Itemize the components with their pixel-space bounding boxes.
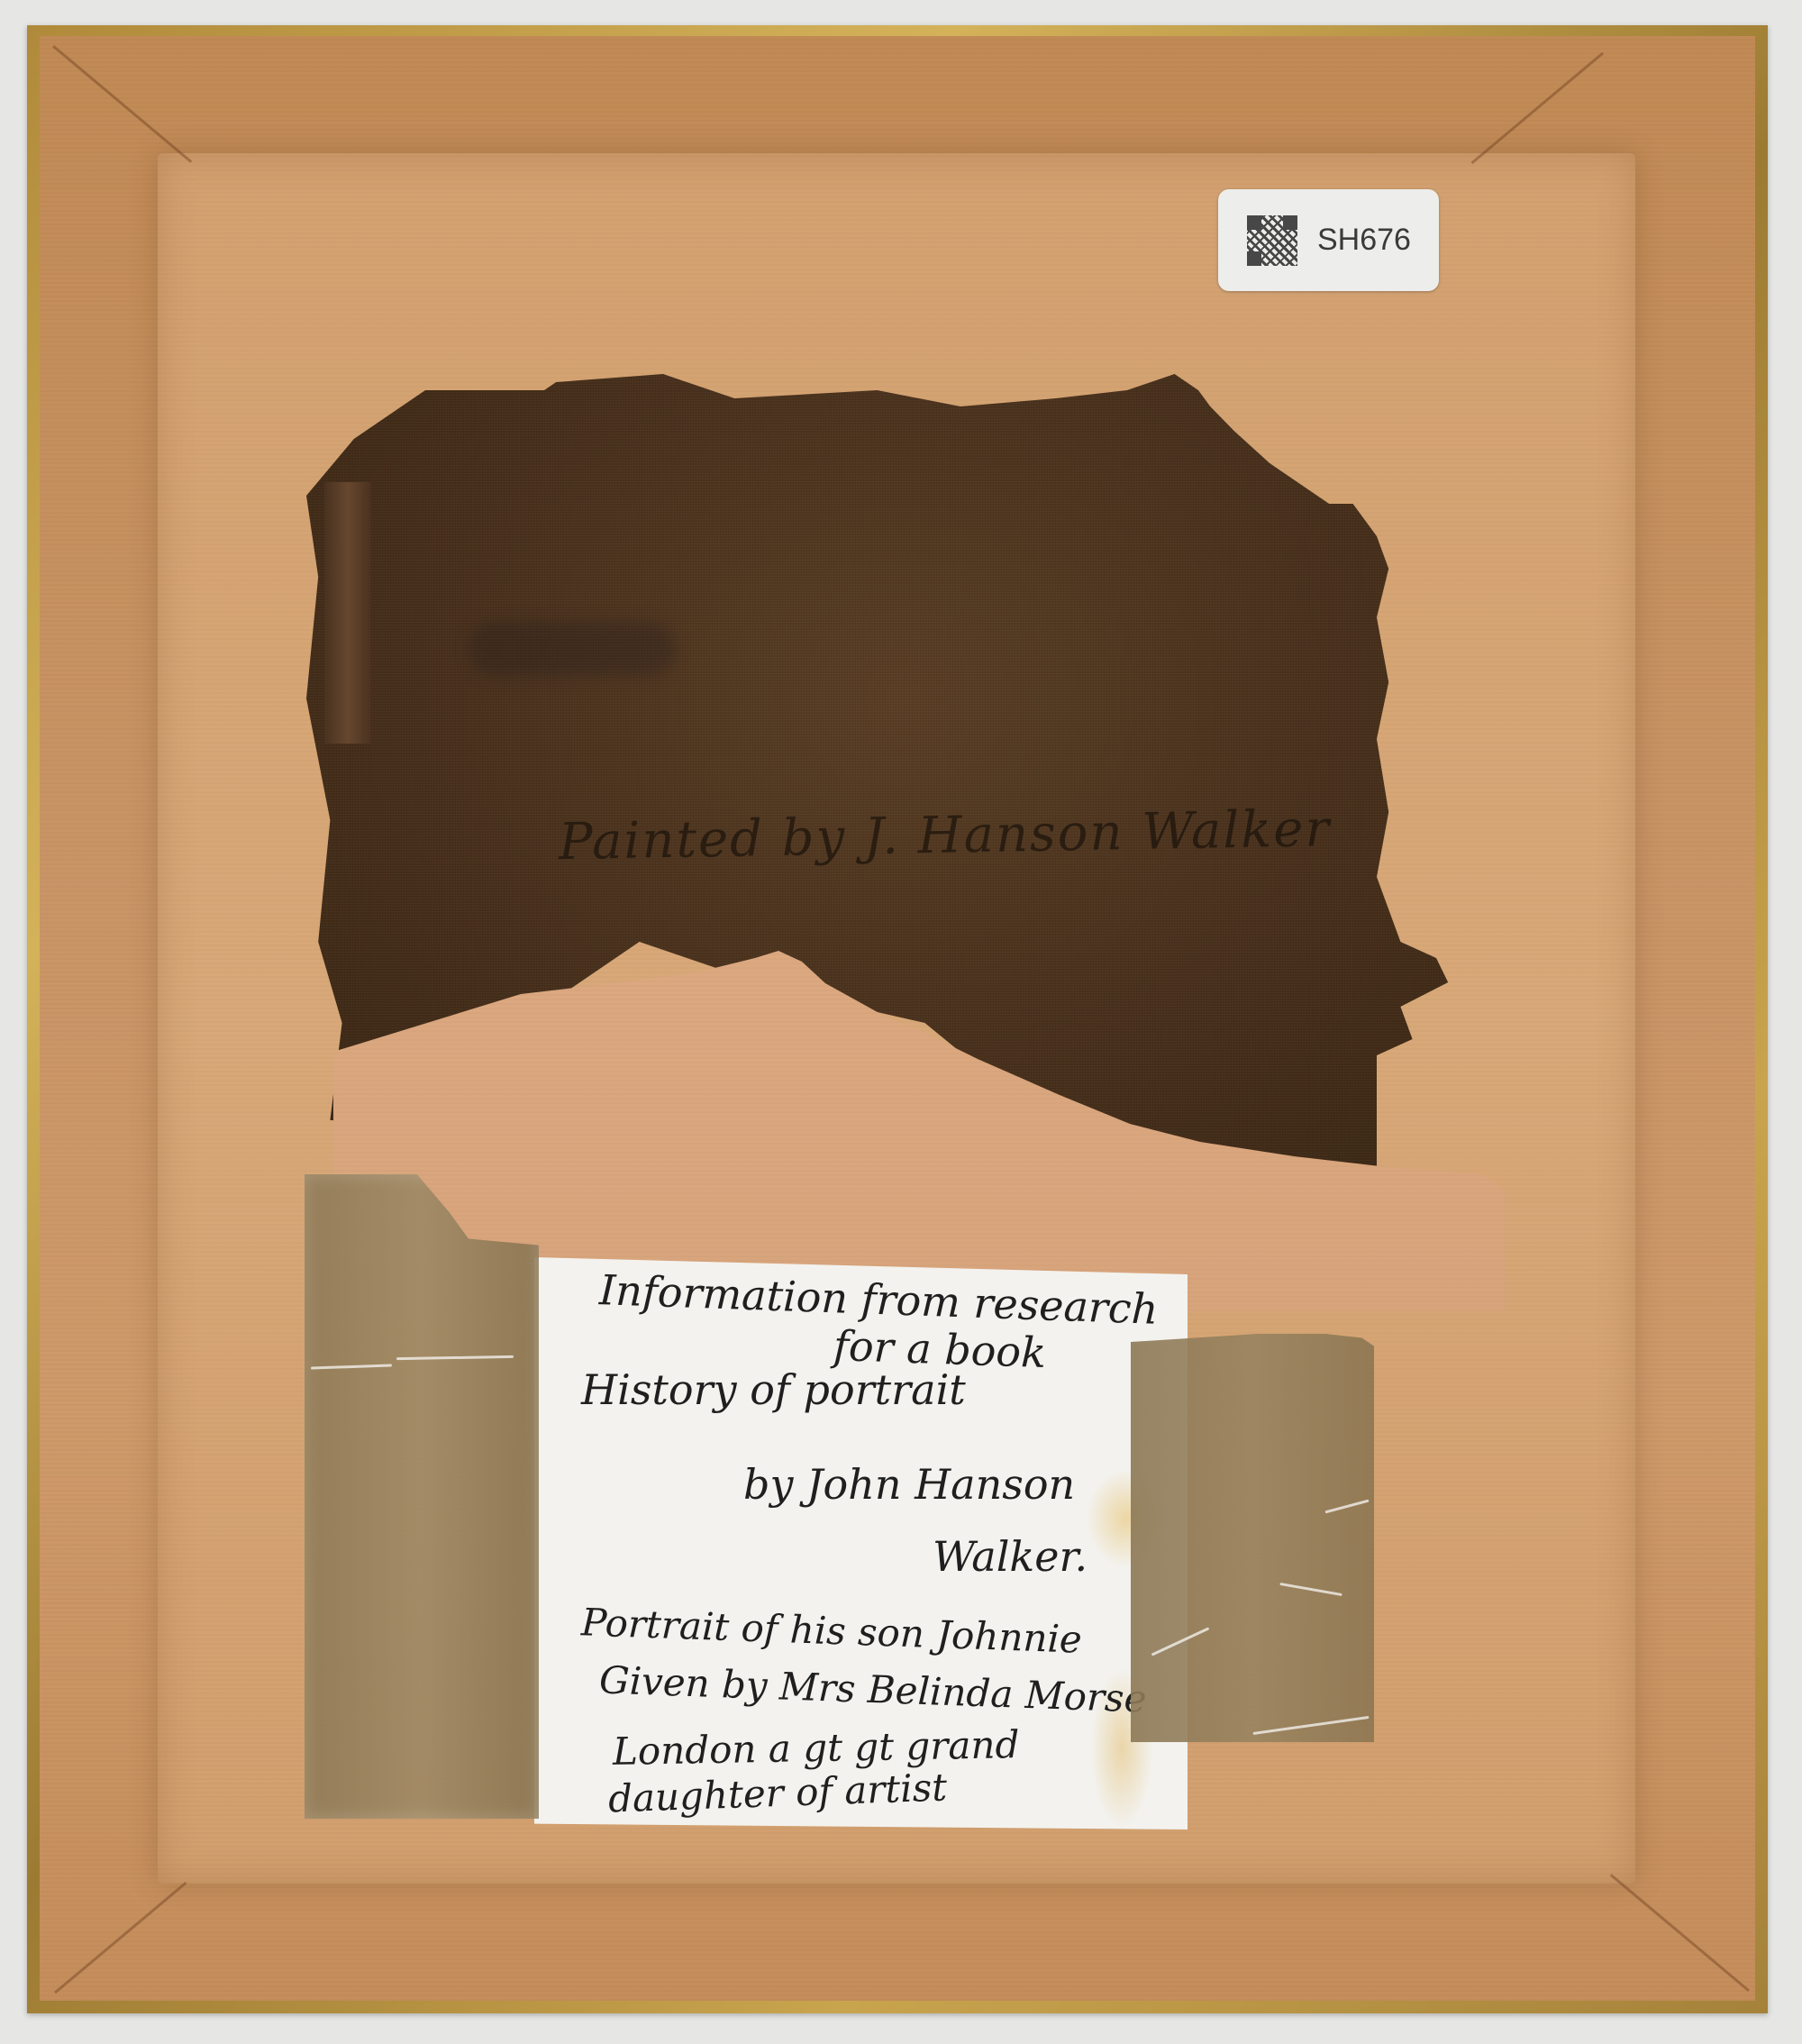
canvas-inscription: Painted by J. Hanson Walker (558, 800, 1297, 885)
canvas-smudge (469, 622, 676, 676)
card-line: by John Hanson (743, 1460, 1075, 1509)
card-line: London a gt gt grand (613, 1722, 1020, 1774)
qr-code-icon (1247, 215, 1297, 266)
adhesive-tape-right (1131, 1334, 1374, 1742)
inventory-label: SH676 (1218, 189, 1439, 291)
inventory-code: SH676 (1317, 223, 1411, 258)
canvas-stretcher-bar (324, 482, 371, 744)
adhesive-tape-left (305, 1174, 539, 1819)
card-line: History of portrait (581, 1365, 966, 1414)
card-line: Walker. (933, 1532, 1088, 1581)
